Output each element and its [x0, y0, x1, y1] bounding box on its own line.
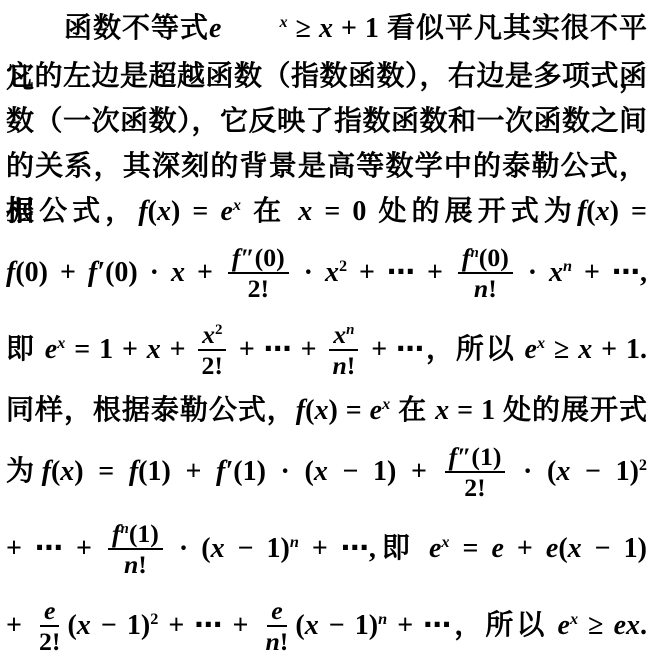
math-run: x — [77, 610, 91, 641]
math-run: ( — [67, 610, 76, 641]
math-run: e — [220, 196, 232, 227]
fraction: f″(0)2! — [228, 244, 289, 302]
fraction-numerator: fn(1) — [108, 520, 163, 550]
math-run: f — [6, 257, 15, 288]
math-run: 2! — [464, 473, 485, 502]
document-page: 函数不等式ex ≥ x + 1 看似平凡其实很不平凡，它的左边是超越函数（指数函… — [0, 0, 653, 668]
math-run: − 1) + — [328, 456, 442, 487]
math-run: f — [42, 456, 51, 487]
math-run: (1) — [471, 442, 501, 471]
math-run: x — [211, 533, 225, 564]
math-run: x — [435, 395, 449, 426]
text-run: 即 — [376, 533, 429, 564]
text-run: 处的展开式 — [503, 395, 647, 426]
math-run: + 1. — [592, 334, 647, 365]
math-run: n — [332, 351, 346, 380]
math-run: = 1 + — [65, 334, 146, 365]
math-run: x — [305, 610, 319, 641]
math-run: = 1 — [449, 395, 503, 426]
math-run: ( — [148, 196, 157, 227]
math-run: f′ — [88, 257, 105, 288]
math-run: e — [429, 533, 441, 564]
math-run: f″ — [232, 243, 255, 272]
math-run: ! — [138, 550, 147, 579]
formula-line-9: 为f(x) = f(1) + f′(1) · (x − 1) + f″(1)2!… — [6, 433, 647, 510]
fraction: fn(0)n! — [458, 244, 513, 302]
math-run: x — [549, 257, 563, 288]
math-run: ) = — [74, 456, 129, 487]
fraction-denominator: 2! — [198, 351, 227, 379]
text-line-8: 同样，根据泰勒公式，f(x) = ex 在 x = 1 处的展开式 — [6, 388, 647, 433]
math-run: 2! — [39, 627, 60, 656]
math-run: + ⋯ — [387, 610, 451, 641]
math-run: n — [474, 274, 488, 303]
text-run: 同样，根据泰勒公式， — [6, 395, 296, 426]
math-run: ) = — [610, 196, 647, 227]
math-run: − 1) — [319, 610, 378, 641]
math-run: + — [6, 610, 32, 641]
math-run: . — [640, 610, 647, 641]
math-run: x — [171, 257, 185, 288]
math-run: 2! — [248, 274, 269, 303]
math-run: x — [298, 196, 312, 227]
formula-line-10: + ⋯ + fn(1)n! · (x − 1)n + ⋯,即 ex = e + … — [6, 510, 647, 587]
math-run: x — [147, 334, 161, 365]
math-run: x — [314, 456, 328, 487]
fraction-numerator: xn — [329, 321, 358, 351]
math-run: − 1) — [582, 533, 647, 564]
math-run: ex — [614, 610, 640, 641]
fraction-denominator: n! — [261, 627, 292, 655]
math-run: ! — [488, 274, 497, 303]
text-run: 即 — [6, 334, 45, 365]
fraction: xnn! — [328, 321, 359, 379]
math-run: ) = — [328, 395, 369, 426]
fraction-numerator: f″(0) — [228, 244, 289, 274]
fraction-numerator: fn(0) — [458, 244, 513, 274]
math-run: · ( — [166, 533, 211, 564]
fraction-denominator: n! — [120, 550, 151, 578]
math-run: + ⋯ + — [347, 257, 455, 288]
math-run: x — [157, 196, 171, 227]
math-run: + — [504, 533, 546, 564]
fraction-numerator: e — [40, 597, 59, 627]
math-run: ! — [347, 351, 356, 380]
text-run: 数（一次函数），它反映了指数函数和一次函数之间 — [6, 106, 647, 137]
math-run: (1) — [129, 519, 159, 548]
formula-line-7: 即 ex = 1 + x + x22! + ⋯ + xnn! + ⋯，所以 ex… — [6, 311, 647, 388]
math-run: x — [314, 395, 328, 426]
math-run: e — [45, 334, 57, 365]
math-run: f — [577, 196, 586, 227]
math-run: (0) — [479, 243, 509, 272]
math-run: x — [319, 13, 333, 44]
math-run: e — [209, 13, 221, 44]
math-run: f″ — [449, 442, 472, 471]
math-run: e — [370, 395, 382, 426]
math-run: ( — [295, 610, 304, 641]
text-run: ，所以 — [424, 334, 524, 365]
fraction-denominator: 2! — [244, 274, 273, 302]
fraction-denominator: 2! — [35, 627, 64, 655]
fraction-denominator: n! — [328, 351, 359, 379]
math-run: + 1 — [333, 13, 387, 44]
math-run: (0) · — [105, 257, 171, 288]
math-run: x — [578, 334, 592, 365]
math-run: · — [292, 257, 325, 288]
math-run: f — [129, 456, 138, 487]
math-run: (0) + — [15, 257, 88, 288]
text-run: 为 — [6, 456, 42, 487]
math-run: = 0 — [312, 196, 378, 227]
math-run: ! — [280, 627, 289, 656]
math-run: = — [450, 533, 492, 564]
formula-line-11: + e2!(x − 1)2 + ⋯ + en!(x − 1)n + ⋯，所以 e… — [6, 587, 647, 664]
math-run: ) = — [171, 196, 220, 227]
math-run: + ⋯ — [362, 334, 424, 365]
text-run: 在 — [390, 395, 435, 426]
math-run: 2! — [202, 351, 223, 380]
math-run: e — [271, 596, 282, 625]
math-run: ≥ — [578, 610, 613, 641]
text-line-3: 数（一次函数），它反映了指数函数和一次函数之间 — [6, 99, 647, 144]
text-line-2: 它的左边是超越函数（指数函数），右边是多项式函 — [6, 54, 647, 99]
math-run: − 1) — [91, 610, 150, 641]
fraction-denominator: n! — [470, 274, 501, 302]
math-run: ≥ — [545, 334, 578, 365]
math-run: f — [462, 243, 471, 272]
math-run: x — [60, 456, 74, 487]
math-run: − 1) — [570, 456, 639, 487]
text-run: 据公式， — [6, 196, 138, 227]
math-run: ( — [586, 196, 595, 227]
text-line-1: 函数不等式ex ≥ x + 1 看似平凡其实很不平凡， — [6, 4, 647, 54]
text-line-4: 的关系，其深刻的背景是高等数学中的泰勒公式，根 — [6, 144, 647, 189]
fraction: fn(1)n! — [108, 520, 163, 578]
math-run: f — [296, 395, 305, 426]
math-run: · — [516, 257, 549, 288]
math-run: e — [525, 334, 537, 365]
text-run: 函数不等式 — [64, 13, 209, 44]
fraction: f″(1)2! — [445, 443, 506, 501]
fraction-numerator: x2 — [198, 321, 226, 351]
math-run: f′ — [216, 456, 233, 487]
math-run: e — [546, 533, 558, 564]
text-run: 在 — [241, 196, 298, 227]
fraction-numerator: e — [267, 597, 286, 627]
math-run: · ( — [508, 456, 556, 487]
fraction-numerator: f″(1) — [445, 443, 506, 473]
math-run: (0) — [255, 243, 285, 272]
formula-line-6: f(0) + f′(0) · x + f″(0)2! · x2 + ⋯ + fn… — [6, 234, 647, 311]
text-run: 处的展开式为 — [378, 196, 577, 227]
math-run: + ⋯, — [572, 257, 647, 288]
fraction: e2! — [35, 597, 64, 655]
math-run: ( — [51, 456, 60, 487]
math-run: e — [491, 533, 503, 564]
fraction: en! — [261, 597, 292, 655]
math-run: x — [596, 196, 610, 227]
math-run: x — [202, 320, 215, 349]
fraction: x22! — [198, 321, 227, 379]
math-run: + ⋯ + — [158, 610, 258, 641]
math-run: + ⋯, — [299, 533, 376, 564]
math-run: (1) + — [138, 456, 216, 487]
math-run: x — [333, 320, 346, 349]
math-run: f — [112, 519, 121, 548]
math-run: + ⋯ + — [230, 334, 325, 365]
text-run: ，所以 — [451, 610, 557, 641]
math-run: e — [44, 596, 55, 625]
math-run: e — [558, 610, 570, 641]
math-run: + ⋯ + — [6, 533, 105, 564]
math-run: n — [124, 550, 138, 579]
math-run: + — [161, 334, 195, 365]
math-run: x — [556, 456, 570, 487]
math-run: − 1) — [225, 533, 290, 564]
math-run: ( — [558, 533, 567, 564]
math-run: + — [185, 257, 225, 288]
math-run: f — [138, 196, 147, 227]
math-run: (1) · ( — [233, 456, 314, 487]
math-run: ≥ — [288, 13, 319, 44]
text-run: 它的左边是超越函数（指数函数），右边是多项式函 — [6, 61, 647, 92]
math-run: n — [265, 627, 279, 656]
math-run: x — [325, 257, 339, 288]
text-line-5: 据公式，f(x) = ex 在 x = 0 处的展开式为f(x) = — [6, 189, 647, 234]
fraction-denominator: 2! — [460, 473, 489, 501]
math-run: x — [568, 533, 582, 564]
